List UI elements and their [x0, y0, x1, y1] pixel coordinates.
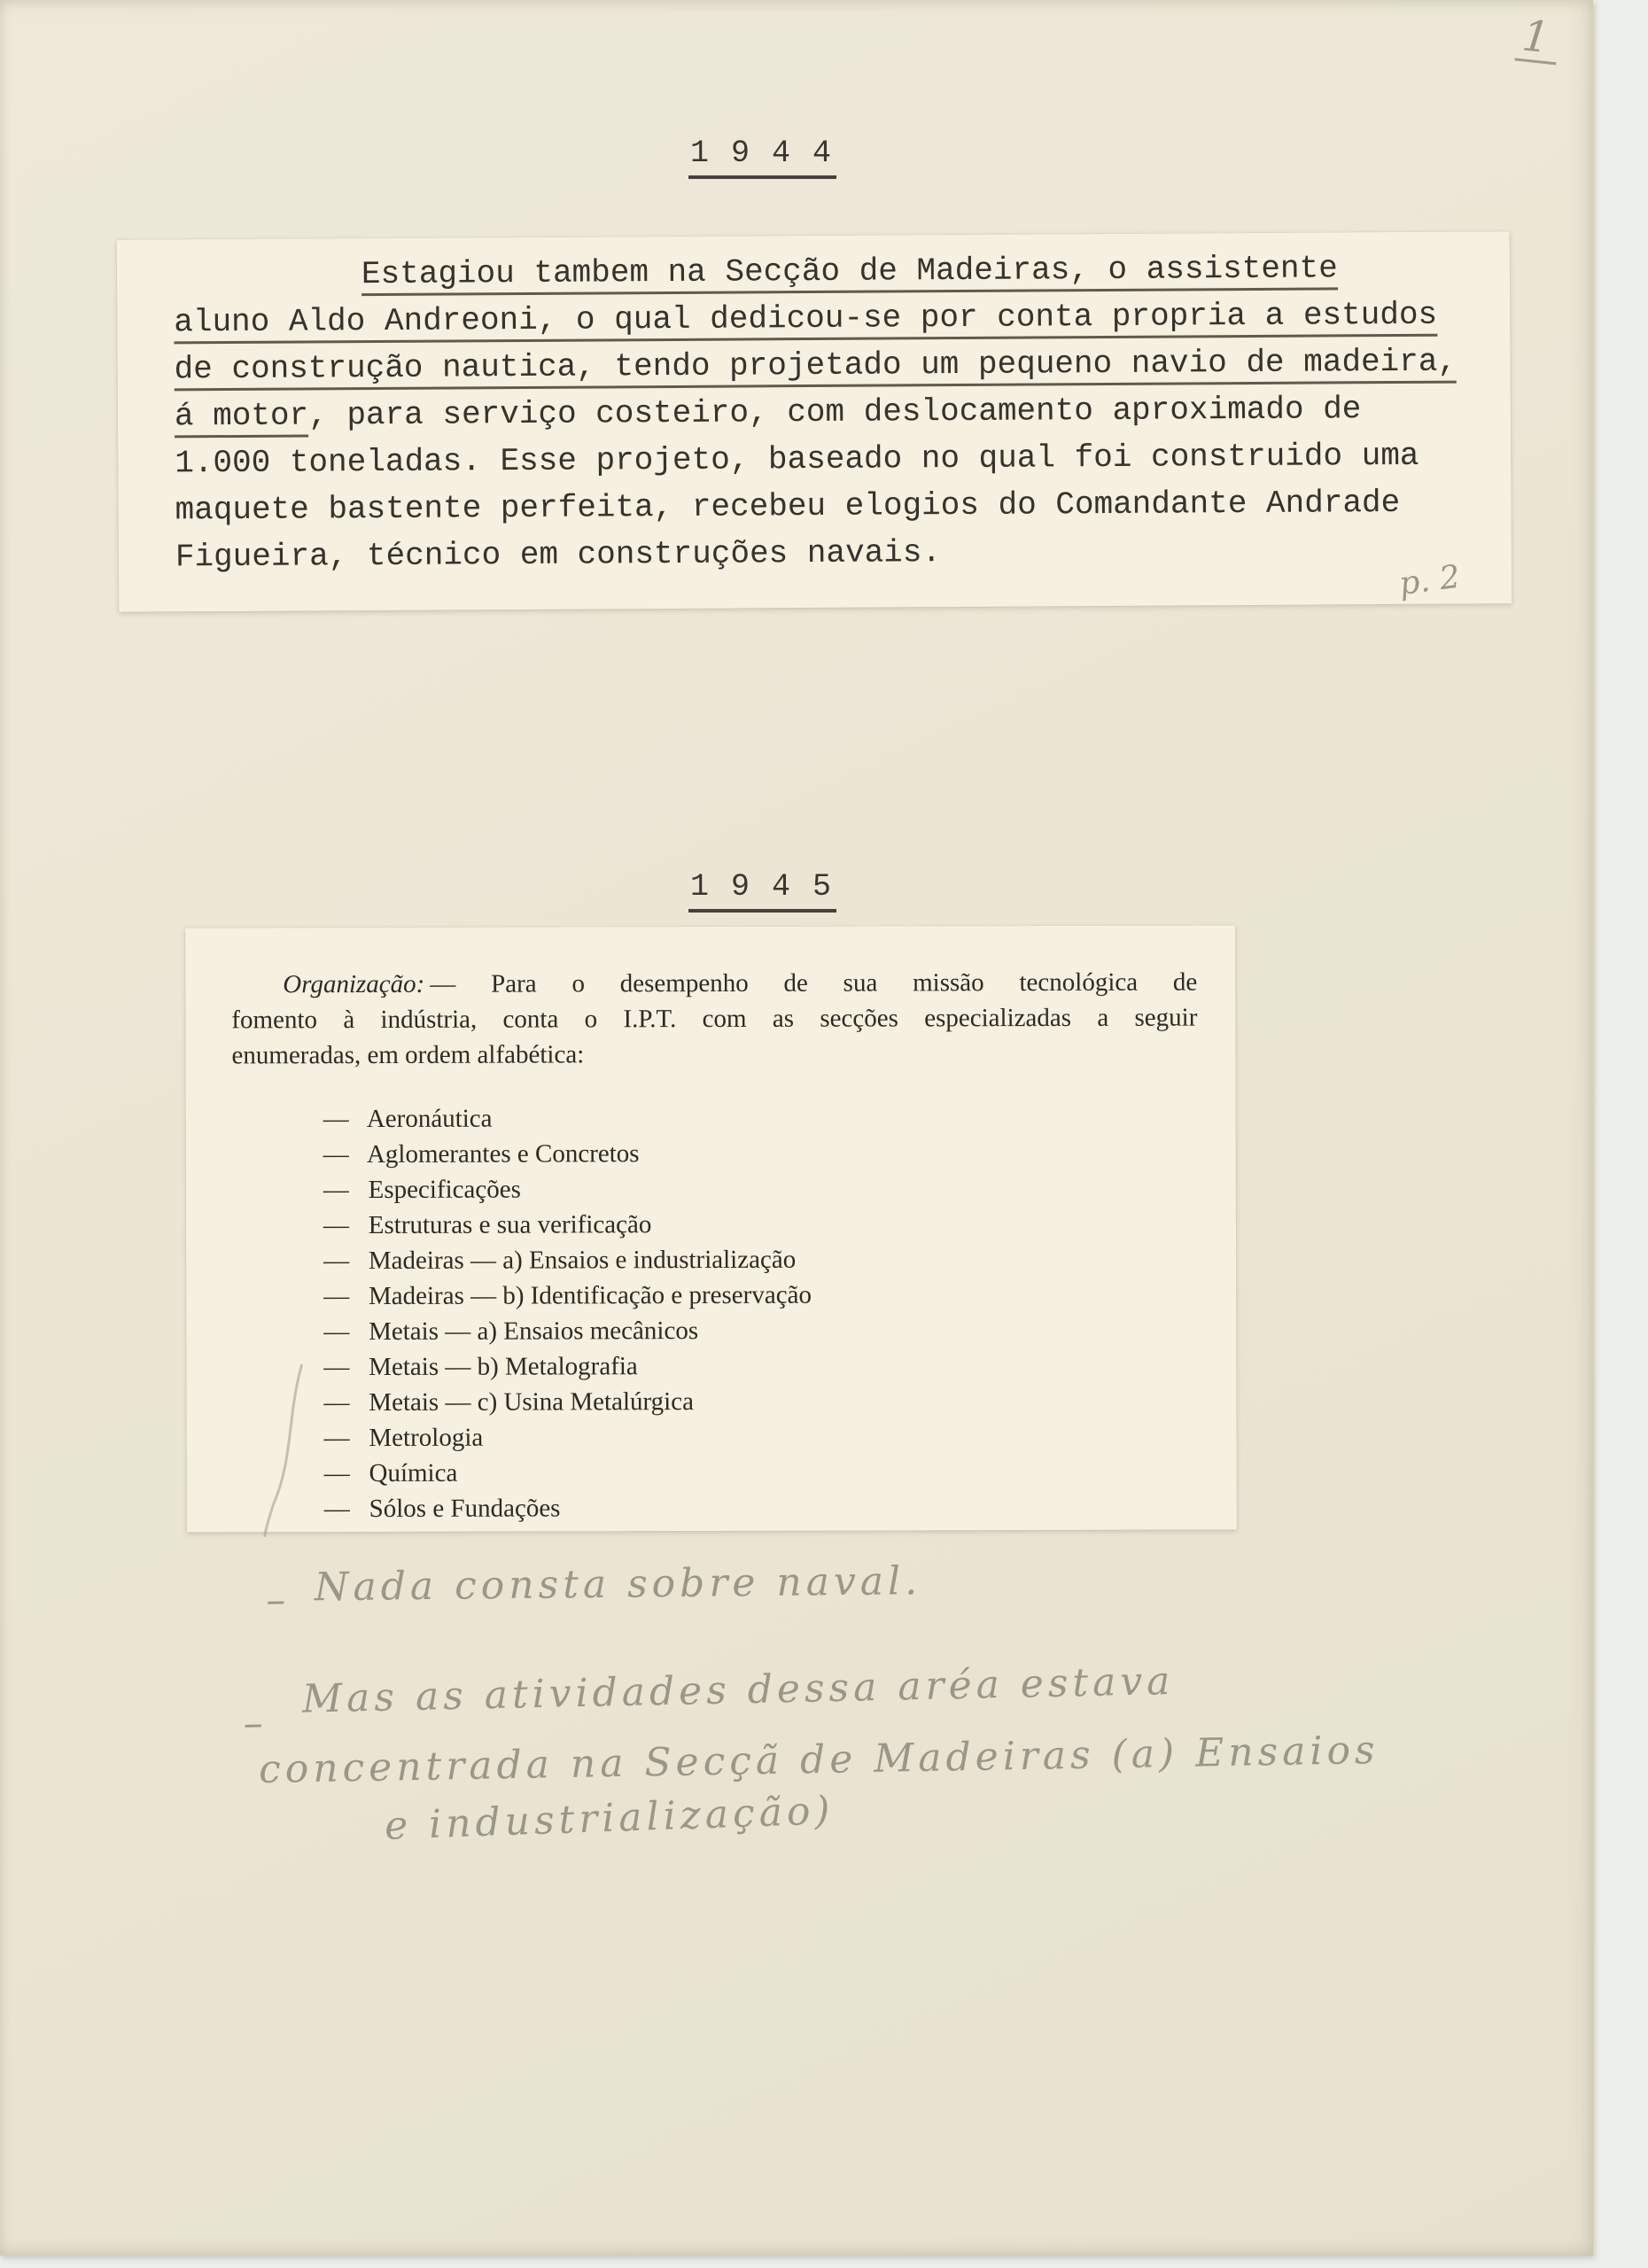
- section-item: — Estruturas e sua verificação: [323, 1206, 1197, 1244]
- heading-1945: 1 9 4 5: [688, 870, 836, 913]
- section-item: — Sólos e Fundações: [324, 1489, 1198, 1527]
- section-item: — Metais — b) Metalografia: [323, 1348, 1197, 1386]
- page-number-annotation: 1: [1514, 14, 1560, 66]
- handwritten-dash: –: [243, 1701, 268, 1746]
- typed-line: Figueira, técnico em construções navais.: [175, 525, 1512, 580]
- typed-line: Estagiou tambem na Secção de Madeiras, o…: [174, 244, 1510, 299]
- section-item: — Aglomerantes e Concretos: [323, 1135, 1197, 1173]
- typed-text: , para serviço costeiro, com deslocament…: [308, 391, 1361, 433]
- section-item: — Madeiras — b) Identificação e preserva…: [323, 1277, 1197, 1315]
- handwritten-text: Nada consta sobre naval.: [315, 1558, 922, 1610]
- section-item: — Aeronáutica: [323, 1099, 1197, 1138]
- typed-text: 1.000 toneladas. Esse projeto, baseado n…: [175, 438, 1419, 482]
- organization-paragraph-line: fomento à indústria, conta o I.P.T. com …: [231, 1000, 1197, 1038]
- handwritten-dash: –: [266, 1579, 291, 1623]
- organization-paragraph-line: Organização:— Para o desempenho de sua m…: [231, 965, 1197, 1003]
- section-item: — Metais — c) Usina Metalúrgica: [323, 1383, 1197, 1421]
- typed-line: 1.000 toneladas. Esse projeto, baseado n…: [175, 431, 1511, 486]
- handwritten-note-2-line-1: –Mas as atividades dessa aréa estava: [243, 1659, 1175, 1723]
- handwritten-text: e industrialização): [384, 1788, 835, 1849]
- sections-list: — Aeronáutica — Aglomerantes e Concretos…: [232, 1099, 1198, 1527]
- handwritten-text: concentrada na Secçã de Madeiras (a) Ens…: [259, 1728, 1380, 1792]
- typed-text: Figueira, técnico em construções navais.: [175, 534, 941, 575]
- typed-text: aluno Aldo Andreoni, o qual dedicou-se p…: [174, 297, 1437, 345]
- typed-text: de construção nautica, tendo projetado u…: [175, 344, 1458, 392]
- organization-paragraph-line: enumeradas, em ordem alfabética:: [231, 1036, 1197, 1074]
- pencil-note-p2: p. 2: [1397, 559, 1463, 602]
- clipping-1944: Estagiou tambem na Secção de Madeiras, o…: [117, 231, 1512, 612]
- clipping-1945: Organização:— Para o desempenho de sua m…: [185, 925, 1237, 1532]
- paragraph-text: — Para o desempenho de sua missão tecnol…: [430, 968, 1197, 998]
- handwritten-text: Mas as atividades dessa aréa estava: [302, 1658, 1175, 1722]
- handwritten-note-1: –Nada consta sobre naval.: [266, 1559, 922, 1611]
- pencil-checkmark-icon: [262, 1362, 316, 1539]
- typed-line: maquete bastente perfeita, recebeu elogi…: [175, 478, 1511, 533]
- document-page: 1 1 9 4 4 Estagiou tambem na Secção de M…: [0, 0, 1593, 2256]
- typed-line: aluno Aldo Andreoni, o qual dedicou-se p…: [174, 291, 1510, 346]
- typed-text: Estagiou tambem na Secção de Madeiras, o…: [361, 250, 1338, 296]
- typed-line: á motor, para serviço costeiro, com desl…: [175, 384, 1511, 439]
- handwritten-note-2-line-3: e industrialização): [384, 1789, 835, 1849]
- organization-label: Organização:: [283, 970, 424, 998]
- section-item: — Especificações: [323, 1170, 1197, 1208]
- typed-line: de construção nautica, tendo projetado u…: [174, 338, 1510, 392]
- section-item: — Química: [324, 1454, 1198, 1492]
- section-item: — Madeiras — a) Ensaios e industrializaç…: [323, 1241, 1197, 1279]
- heading-1944: 1 9 4 4: [688, 136, 836, 179]
- handwritten-note-2-line-2: concentrada na Secçã de Madeiras (a) Ens…: [259, 1728, 1380, 1792]
- section-item: — Metrologia: [324, 1418, 1198, 1456]
- typed-text: maquete bastente perfeita, recebeu elogi…: [175, 485, 1400, 528]
- typed-text: á motor: [175, 397, 309, 438]
- section-item: — Metais — a) Ensaios mecânicos: [323, 1312, 1197, 1350]
